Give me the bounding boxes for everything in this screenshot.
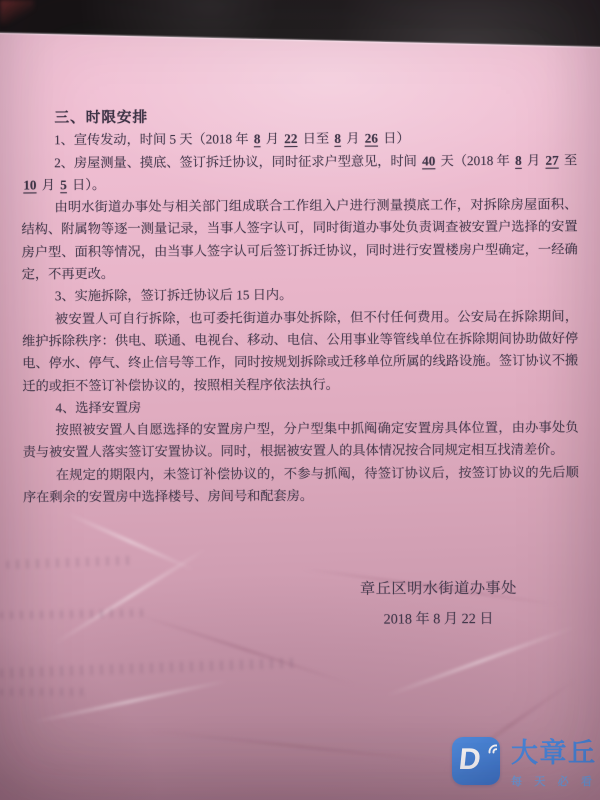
- photo-frame: 三、时限安排 1、宣传发动，时间 5 天（2018 年 8 月 22 日至 8 …: [0, 0, 600, 800]
- watermark-brand: 大章丘: [511, 738, 597, 768]
- bleedthrough-mark: [0, 688, 90, 696]
- para-overdue: 在规定的期限内，未签订补偿协议的，不参与抓阄，待签订协议后，按签订协议的先后顺序…: [23, 461, 579, 509]
- section-heading: 三、时限安排: [21, 105, 577, 130]
- item-measure-sign: 2、房屋测量、摸底、签订拆迁协议，同时征求户型意见，时间 40 天（2018 年…: [21, 149, 577, 197]
- para-lottery: 按照被安置人自愿选择的安置房户型，分户型集中抓阄确定安置房具体位置，由办事处负责…: [23, 417, 579, 465]
- watermark-logo-icon: D: [452, 737, 500, 785]
- para-joint-workgroup: 由明水街道办事处与相关部门组成联合工作组入户进行测量摸底工作，对拆除房屋面积、结…: [21, 194, 577, 286]
- signature-org: 章丘区明水街道办事处: [323, 574, 553, 605]
- paper-crease: [32, 679, 228, 724]
- document-content: 三、时限安排 1、宣传发动，时间 5 天（2018 年 8 月 22 日至 8 …: [0, 0, 600, 637]
- watermark-text: 大章丘 每 天 必 看: [511, 737, 597, 789]
- bleedthrough-mark: [0, 658, 300, 678]
- signal-waves-icon: [481, 741, 497, 757]
- item-publicity: 1、宣传发动，时间 5 天（2018 年 8 月 22 日至 8 月 26 日）: [21, 127, 577, 152]
- item-demolition: 3、实施拆除，签订拆迁协议后 15 日内。: [22, 283, 578, 308]
- para-demolition-detail: 被安置人可自行拆除，也可委托街道办事处拆除，但不付任何费用。公安局在拆除期间，维…: [22, 305, 578, 397]
- watermark-tagline: 每 天 必 看: [511, 773, 592, 789]
- signature-date: 2018 年 8 月 22 日: [324, 604, 554, 635]
- item-choose-house: 4、选择安置房: [22, 394, 578, 419]
- app-watermark: D 大章丘 每 天 必 看: [452, 737, 597, 789]
- paper-crease: [151, 729, 450, 763]
- letter-d-logo: D: [457, 743, 482, 777]
- signature-block: 章丘区明水街道办事处 2018 年 8 月 22 日: [323, 574, 553, 635]
- paper-crease: [386, 626, 575, 697]
